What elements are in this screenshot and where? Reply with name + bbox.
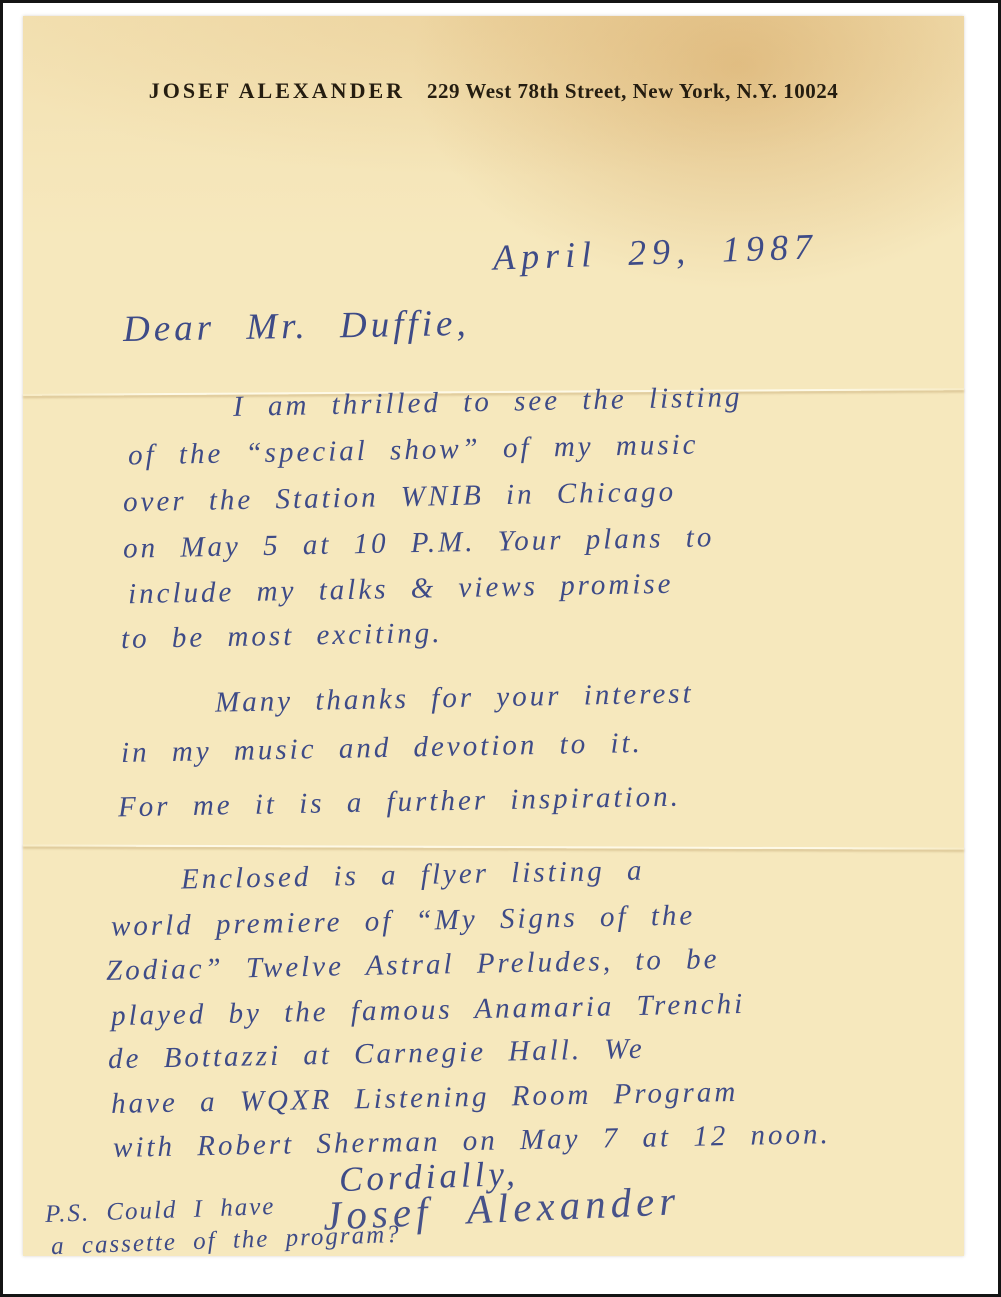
letter-line-2: of the “special show” of my music [128,431,699,471]
letter-line-15: have a WQXR Listening Room Program [111,1078,739,1119]
letter-line-5: include my talks & views promise [128,570,674,609]
letter-line-14: de Bottazzi at Carnegie Hall. We [108,1035,645,1074]
letter-paper: JOSEF ALEXANDER 229 West 78th Street, Ne… [23,16,964,1256]
letterhead-address: 229 West 78th Street, New York, N.Y. 100… [427,79,838,103]
letter-line-12: Zodiac” Twelve Astral Preludes, to be [106,945,720,986]
letter-line-11: world premiere of “My Signs of the [111,901,696,941]
letter-line-6: to be most exciting. [121,619,443,654]
letter-line-10: Enclosed is a flyer listing a [181,857,645,895]
postscript-line-1: P.S. Could I have [45,1194,276,1227]
letter-line-7: Many thanks for your interest [215,679,694,717]
letter-date: April 29, 1987 [492,228,818,275]
letter-salutation: Dear Mr. Duffie, [123,305,470,348]
postscript-line-2: a cassette of the program? [51,1222,401,1259]
letter-line-8: in my music and devotion to it. [121,729,643,768]
scanned-letter: JOSEF ALEXANDER 229 West 78th Street, Ne… [0,0,1001,1297]
letter-line-4: on May 5 at 10 P.M. Your plans to [123,523,715,563]
letter-line-9: For me it is a further inspiration. [118,783,681,823]
letterhead-name: JOSEF ALEXANDER [149,78,405,103]
letter-line-3: over the Station WNIB in Chicago [123,478,677,518]
fold-crease-bottom [23,844,964,849]
letterhead: JOSEF ALEXANDER 229 West 78th Street, Ne… [23,78,964,104]
letter-line-13: played by the famous Anamaria Trenchi [111,990,746,1031]
letter-line-1: I am thrilled to see the listing [233,383,743,422]
